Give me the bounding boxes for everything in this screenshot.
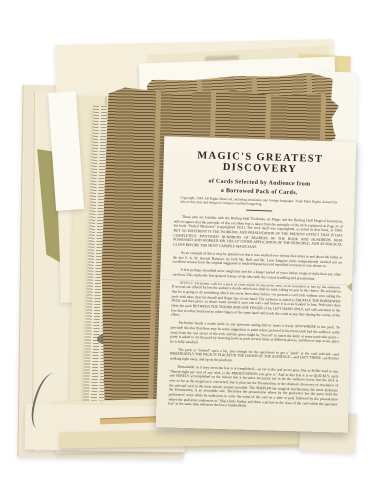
- paragraph-knife: Performer hands a reader knife to any sp…: [170, 321, 340, 349]
- divider-rule: [246, 210, 272, 212]
- document-title: MAGIC'S GREATEST DISCOVERY: [175, 150, 345, 177]
- main-instruction-sheet: MAGIC'S GREATEST DISCOVERY of Cards Sele…: [156, 136, 357, 433]
- photo-of-paper-stack: MAGIC'S GREATEST DISCOVERY of Cards Sele…: [0, 0, 380, 500]
- paragraph-presentation: Remarkable as it may seem the feat is ac…: [168, 364, 338, 411]
- paragraph-fanned: The pack is "fanned" open a bit, just en…: [170, 347, 339, 366]
- paragraph-effect: EFFECT: Performer calls for a pack of ca…: [171, 280, 341, 322]
- paragraph-intro: Those who are familiar with the Burling …: [173, 215, 343, 253]
- copyright-notice: Copyright, 1934. All Rights Reserved, in…: [180, 195, 337, 208]
- paragraph-example: As an example of this it may be pointed …: [173, 250, 342, 269]
